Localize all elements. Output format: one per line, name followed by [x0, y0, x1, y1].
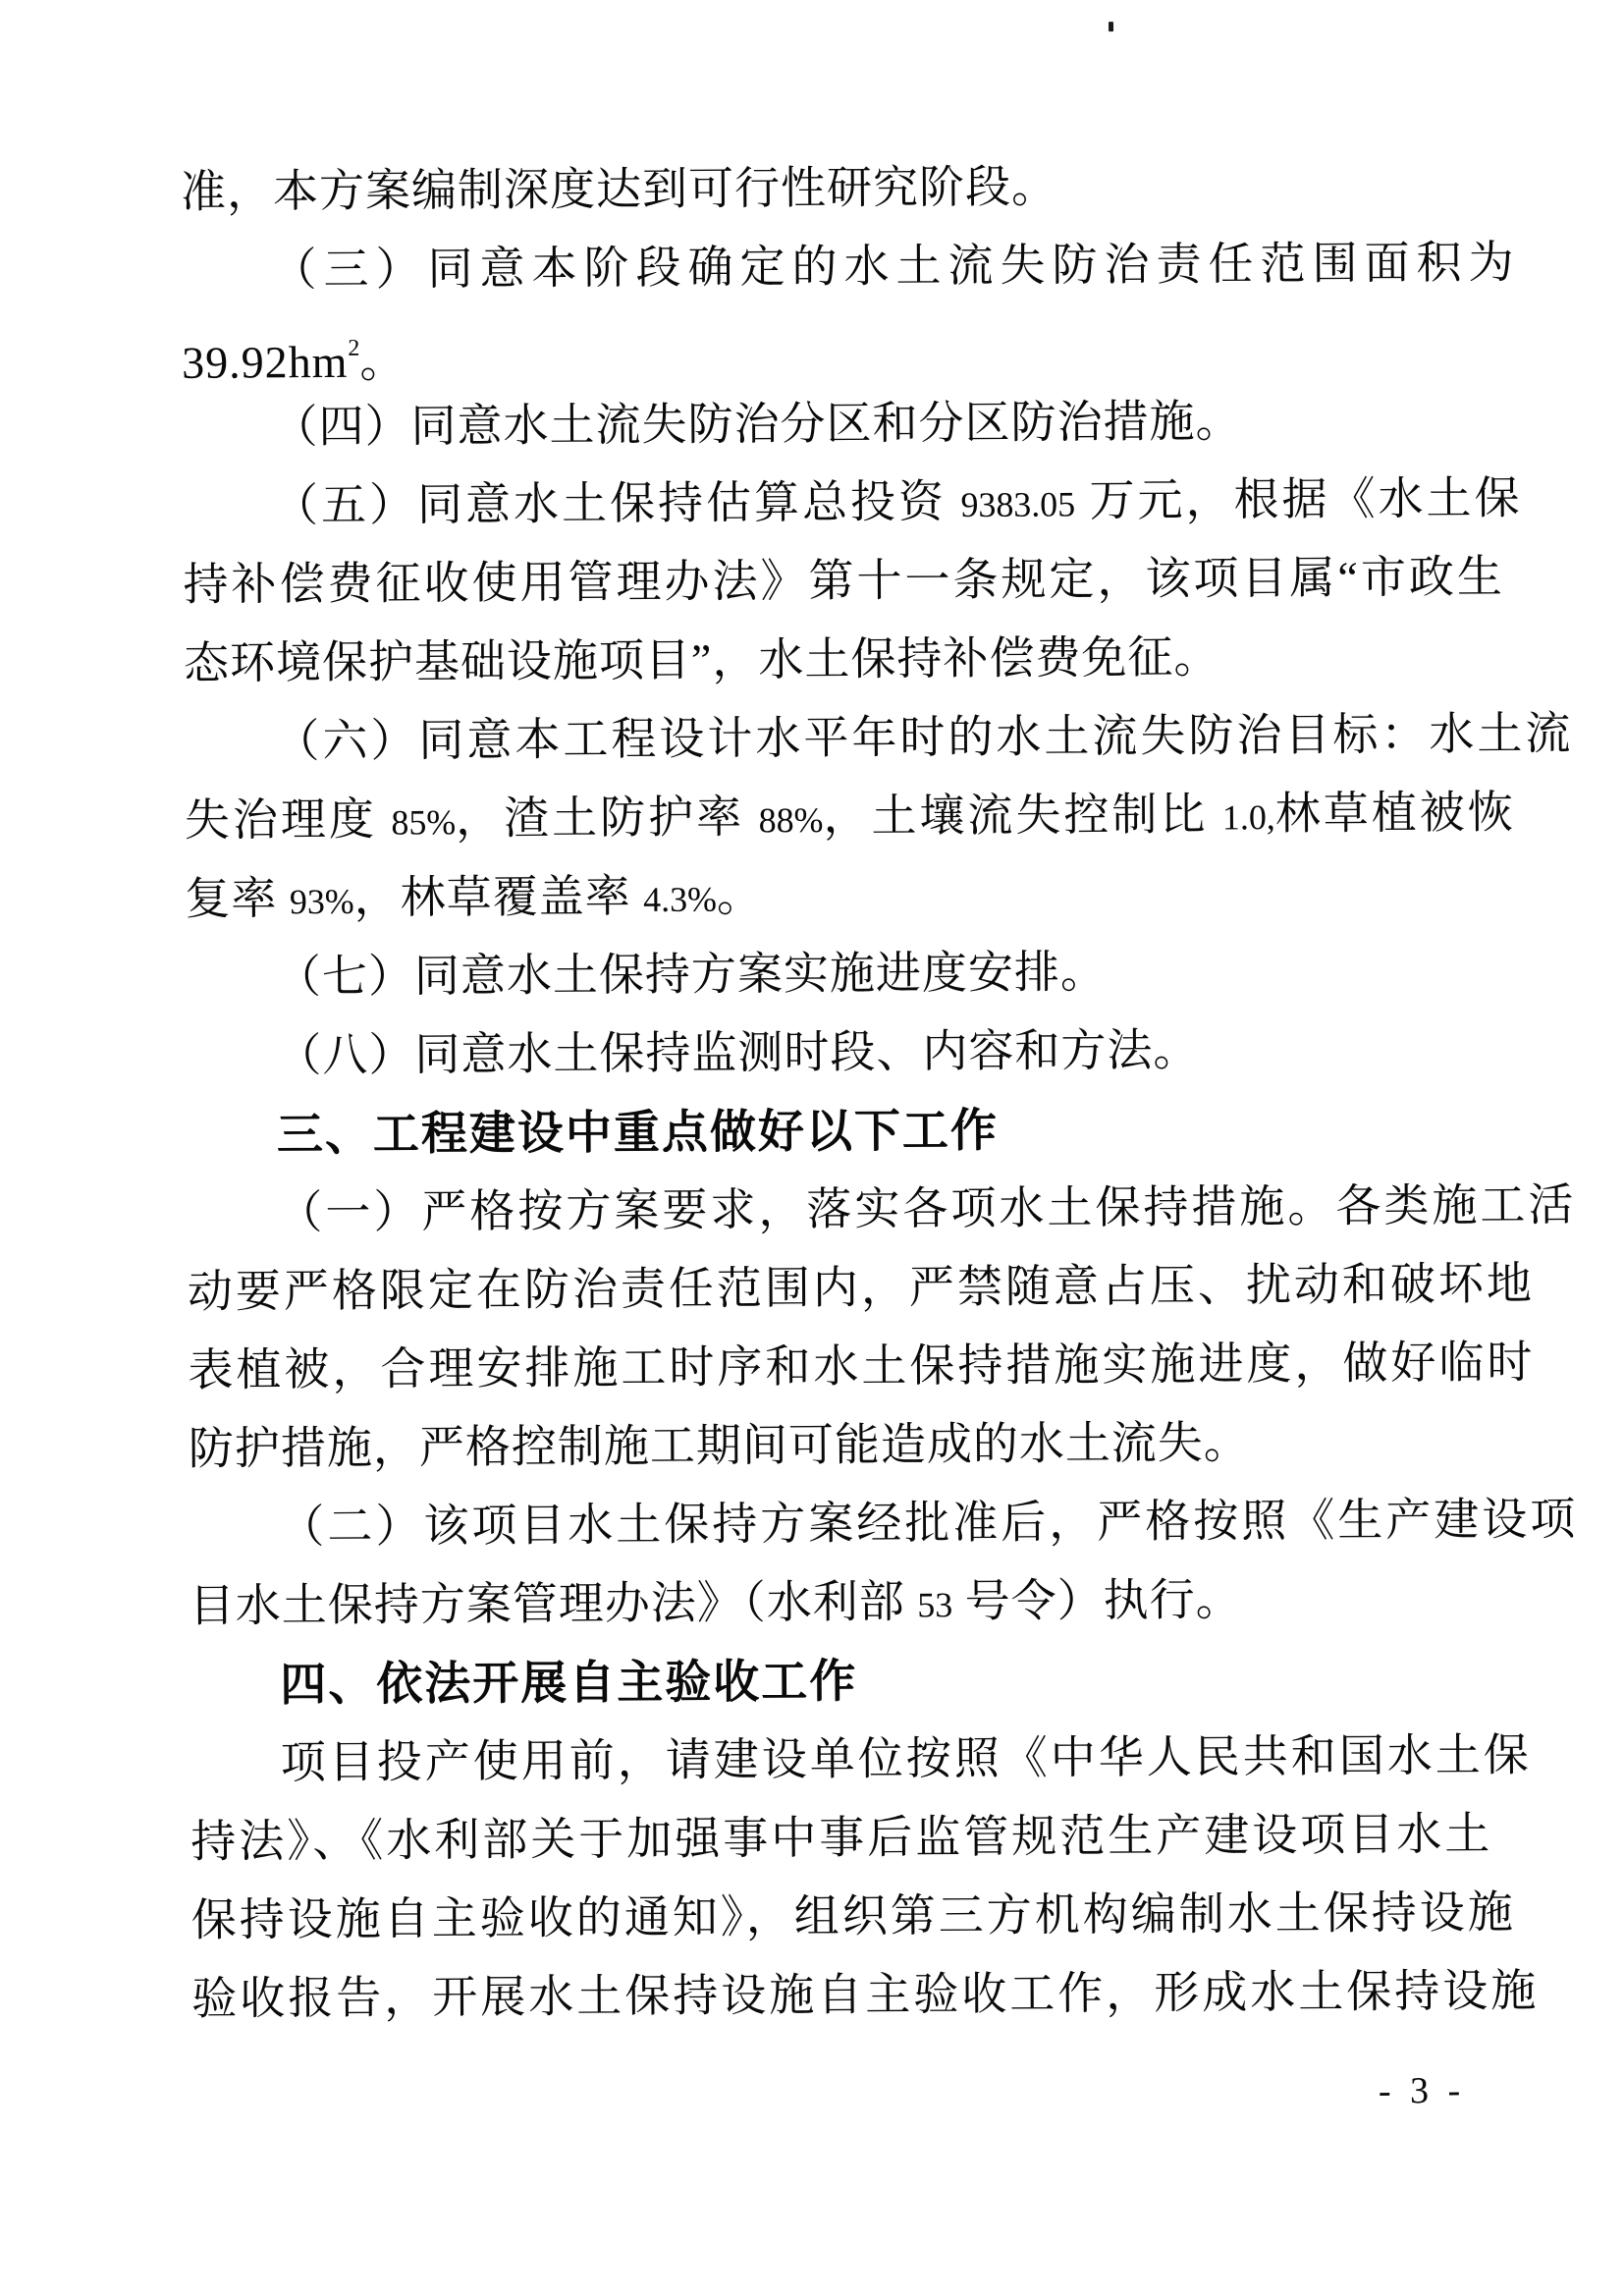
text-line-item-6: （六）同意本工程设计水平年时的水土流失防治目标：水土流 — [274, 695, 1489, 782]
soil-loss-control-ratio: 1.0, — [1222, 797, 1275, 837]
investment-amount: 9383.05 — [960, 484, 1075, 524]
text-line-item-4: （四）同意水土流失防治分区和分区防治措施。 — [272, 381, 1488, 467]
treatment-rate: 85% — [391, 802, 456, 842]
text-line: 持法》、《水利部关于加强事中事后监管规范生产建设项目水土 — [190, 1795, 1496, 1882]
decree-number: 53 — [917, 1585, 952, 1624]
spoil-protection-rate: 88% — [759, 800, 824, 840]
text-line-item-5: （五）同意水土保持估算总投资 9383.05 万元，根据《水土保 — [273, 460, 1489, 546]
vegetation-recovery-rate: 93% — [290, 882, 354, 921]
text-line-area-value: 39.92hm2。 — [182, 302, 1488, 389]
text-line: 验收报告，开展水土保持设施自主验收工作，形成水土保持设施 — [191, 1952, 1497, 2039]
area-value: 39.92hm — [182, 337, 349, 388]
text-line: 动要严格限定在防治责任范围内，严禁随意占压、扰动和破坏地 — [188, 1245, 1493, 1332]
page-number: - 3 - — [1379, 2066, 1466, 2116]
text-line: 持补偿费征收使用管理办法》第十一条规定，该项目属“市政生 — [183, 538, 1489, 625]
section-heading-4: 四、依法开展自主验收工作 — [280, 1638, 1495, 1724]
text-line-item-8: （八）同意水土保持监测时段、内容和方法。 — [276, 1010, 1491, 1096]
document-page: 准，本方案编制深度达到可行性研究阶段。 （三）同意本阶段确定的水土流失防治责任范… — [0, 0, 1624, 2296]
section-heading-3: 三、工程建设中重点做好以下工作 — [277, 1088, 1492, 1175]
text-line: 项目投产使用前，请建设单位按照《中华人民共和国水土保 — [281, 1717, 1496, 1803]
text-line-item-2: （二）该项目水土保持方案经批准后，严格按照《生产建设项 — [279, 1481, 1494, 1567]
ink-speck — [1109, 22, 1113, 31]
superscript-2: 2 — [348, 336, 359, 361]
period: 。 — [359, 337, 406, 387]
text-line-decree: 目水土保持方案管理办法》（水利部 53 号令）执行。 — [189, 1559, 1495, 1646]
text-line: 保持设施自主验收的通知》，组织第三方机构编制水土保持设施 — [191, 1874, 1497, 1960]
text-line: 表植被，合理安排施工时序和水土保持措施实施进度，做好临时 — [188, 1324, 1493, 1410]
text-line-item-3: （三）同意本阶段确定的水土流失防治责任范围面积为 — [271, 224, 1487, 310]
document-body: 准，本方案编制深度达到可行性研究阶段。 （三）同意本阶段确定的水土流失防治责任范… — [181, 145, 1498, 2039]
vegetation-coverage-rate: 4.3% — [643, 880, 717, 919]
text-line-targets: 失治理度 85%，渣土防护率 88%，土壤流失控制比 1.0,林草植被恢 — [185, 774, 1490, 860]
text-line: 防护措施，严格控制施工期间可能造成的水土流失。 — [189, 1402, 1494, 1489]
text-line-item-1: （一）严格按方案要求，落实各项水土保持措施。各类施工活 — [277, 1167, 1492, 1253]
text-line: 准，本方案编制深度达到可行性研究阶段。 — [181, 145, 1487, 232]
text-line-item-7: （七）同意水土保持方案实施进度安排。 — [276, 931, 1491, 1017]
text-line-targets-cont: 复率 93%，林草覆盖率 4.3%。 — [185, 852, 1490, 939]
text-line: 态环境保护基础设施项目”，水土保持补偿费免征。 — [184, 617, 1489, 703]
